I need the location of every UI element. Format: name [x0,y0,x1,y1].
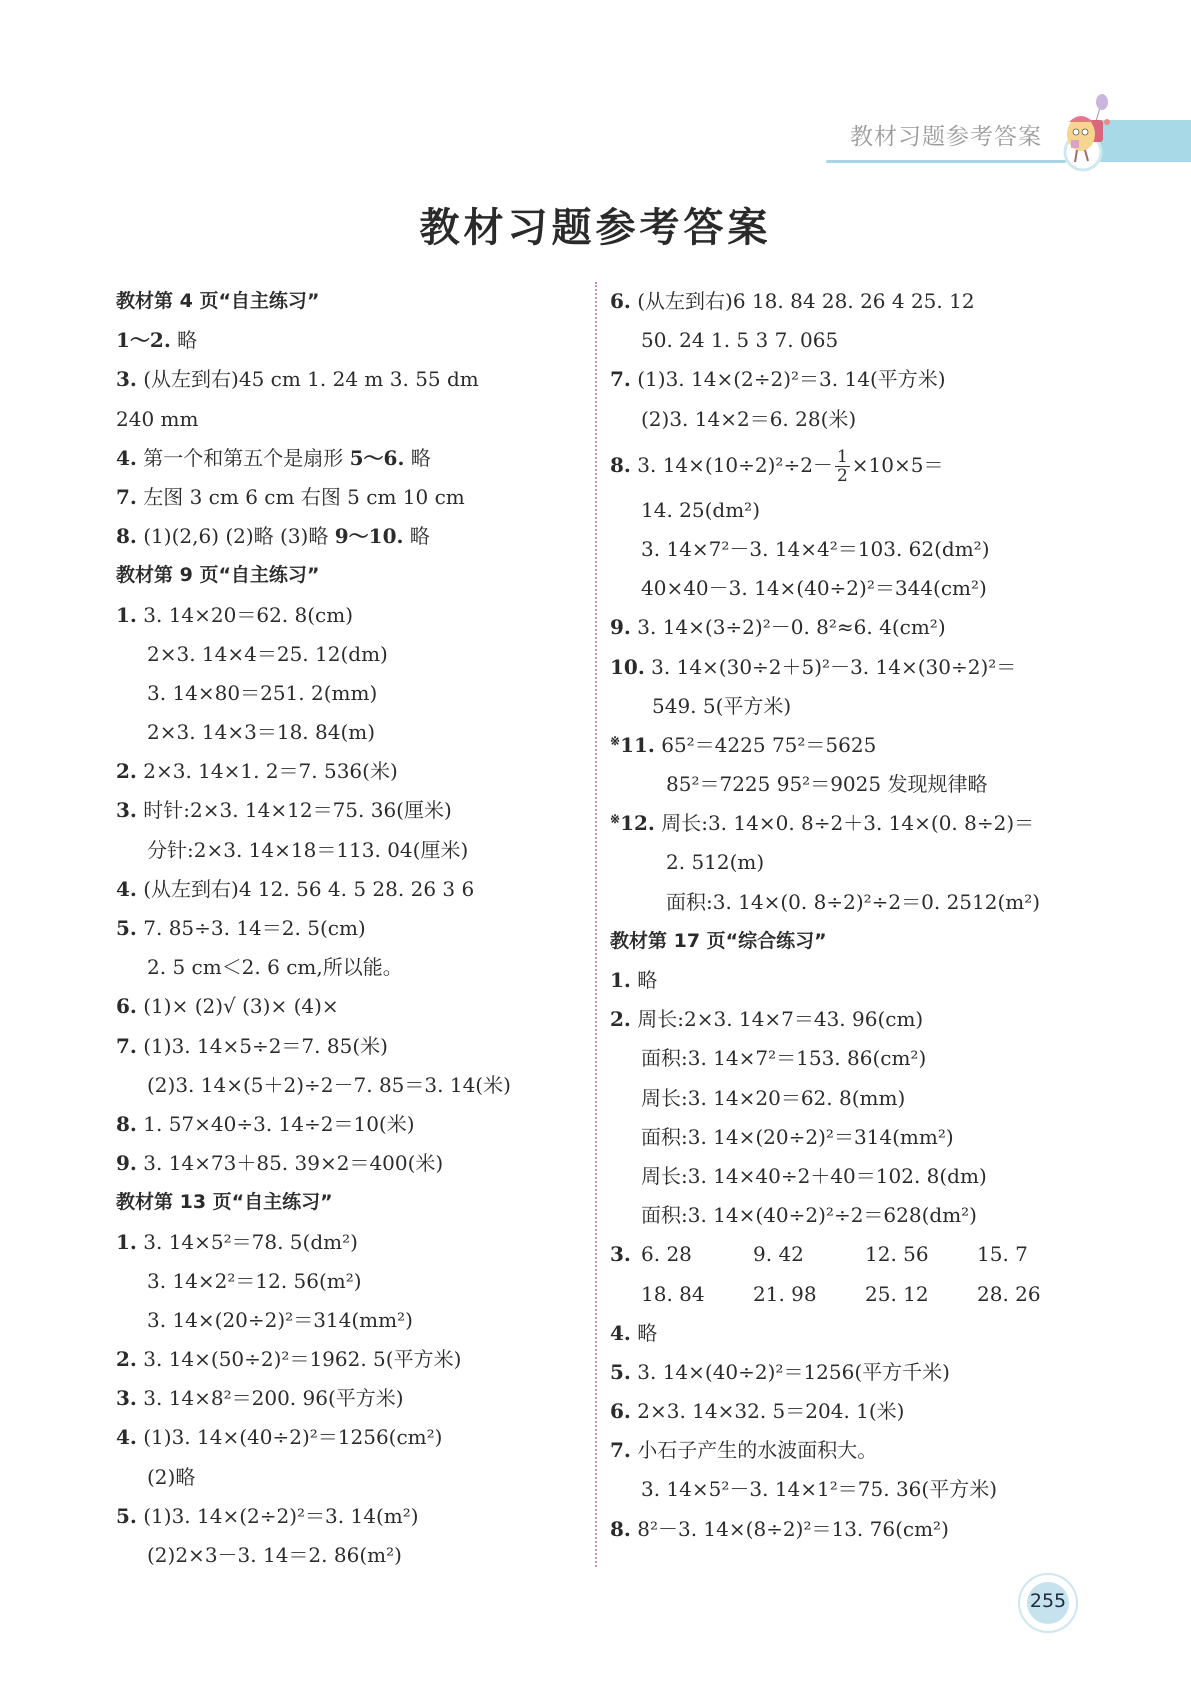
item-number: 5. [116,1497,137,1536]
answer-text: (1)(2,6) (2)略 (3)略 [137,524,335,548]
answer-line: 7. 左图 3 cm 6 cm 右图 5 cm 10 cm [116,478,586,517]
section-heading: 教材第 9 页“自主练习” [116,556,586,595]
answer-line: 6. (从左到右)6 18. 84 28. 26 4 25. 12 [610,282,1090,321]
answer-line: 549. 5(平方米) [610,687,1090,726]
answer-text: 2. 5 cm＜2. 6 cm,所以能。 [147,955,403,979]
answer-line: 2. 512(m) [610,843,1090,882]
page-number: 255 [1018,1590,1078,1612]
answer-line: 240 mm [116,400,586,439]
item-number: 9～10. [335,517,404,556]
answer-text: 2×3. 14×3＝18. 84(m) [147,720,375,744]
answer-line: 1. 略 [610,961,1090,1000]
item-number: 4. [116,439,137,478]
answer-line: 面积:3. 14×7²＝153. 86(cm²) [610,1039,1090,1078]
fraction: 12 [835,448,850,485]
item-number: 7. [116,1027,137,1066]
answer-line: 8. (1)(2,6) (2)略 (3)略 9～10. 略 [116,517,586,556]
answer-line: 3. 时针:2×3. 14×12＝75. 36(厘米) [116,791,586,830]
answer-line: 9. 3. 14×73＋85. 39×2＝400(米) [116,1144,586,1183]
answer-text: 7. 85÷3. 14＝2. 5(cm) [137,916,366,940]
item-number: 9. [116,1144,137,1183]
answer-line: 8. 1. 57×40÷3. 14÷2＝10(米) [116,1105,586,1144]
answer-line: 7. 小石子产生的水波面积大。 [610,1431,1090,1470]
answer-line: 3. 14×80＝251. 2(mm) [116,674,586,713]
item-number: 4. [116,1418,137,1457]
item-number: 8. [116,517,137,556]
answer-line: 9. 3. 14×(3÷2)²－0. 8²≈6. 4(cm²) [610,608,1090,647]
answer-line: ※12. 周长:3. 14×0. 8÷2＋3. 14×(0. 8÷2)＝ [610,804,1090,843]
answer-line: (2)2×3－3. 14＝2. 86(m²) [116,1536,586,1575]
item-number: 4. [116,870,137,909]
answer-line-values: 3.6. 289. 4212. 5615. 7 [610,1235,1090,1274]
section-heading: 教材第 4 页“自主练习” [116,282,586,321]
answer-line: 4. 略 [610,1314,1090,1353]
answer-text: 分针:2×3. 14×18＝113. 04(厘米) [147,838,468,862]
answer-line: 2. 2×3. 14×1. 2＝7. 536(米) [116,752,586,791]
answer-text: 3. 14×2²＝12. 56(m²) [147,1269,362,1293]
answer-line: 周长:3. 14×40÷2＋40＝102. 8(dm) [610,1157,1090,1196]
answer-line: 8. 8²－3. 14×(8÷2)²＝13. 76(cm²) [610,1510,1090,1549]
answer-text: 240 mm [116,407,198,431]
answer-text: 3. 14×8²＝200. 96(平方米) [137,1386,404,1410]
answer-line: 10. 3. 14×(30÷2＋5)²－3. 14×(30÷2)²＝ [610,648,1090,687]
answer-text: (1)3. 14×(40÷2)²＝1256(cm²) [137,1425,443,1449]
running-header: 教材习题参考答案 [0,0,1191,200]
answer-line: 2. 5 cm＜2. 6 cm,所以能。 [116,948,586,987]
answer-text: 左图 3 cm 6 cm 右图 5 cm 10 cm [137,485,465,509]
answer-text: 2×3. 14×4＝25. 12(dm) [147,642,388,666]
item-number: 2. [116,752,137,791]
item-number: 1～2. [116,321,171,360]
item-number: 1. [116,1223,137,1262]
right-column: 6. (从左到右)6 18. 84 28. 26 4 25. 12 50. 24… [610,282,1090,1549]
item-number: 3. [116,791,137,830]
answer-text: 略 [171,328,197,352]
answer-text: 略 [404,446,430,470]
answer-line: (2)3. 14×(5＋2)÷2－7. 85＝3. 14(米) [116,1066,586,1105]
answer-line: 周长:3. 14×20＝62. 8(mm) [610,1079,1090,1118]
item-number: 8. [116,1105,137,1144]
answer-line: 2×3. 14×4＝25. 12(dm) [116,635,586,674]
mascot-icon [1055,92,1115,172]
answer-text: 略 [403,524,429,548]
answer-line: 2×3. 14×3＝18. 84(m) [116,713,586,752]
answer-text: (1)× (2)√ (3)× (4)× [137,994,339,1018]
answer-line: 3. 14×7²－3. 14×4²＝103. 62(dm²) [610,530,1090,569]
item-number: 3. [116,360,137,399]
answer-line: 4. 第一个和第五个是扇形 5～6. 略 [116,439,586,478]
answer-text: (2)3. 14×(5＋2)÷2－7. 85＝3. 14(米) [147,1073,511,1097]
answer-text: 3. 14×73＋85. 39×2＝400(米) [137,1151,443,1175]
answer-text: 3. 14×20＝62. 8(cm) [137,603,353,627]
answer-line: 5. 7. 85÷3. 14＝2. 5(cm) [116,909,586,948]
item-number: 2. [116,1340,137,1379]
answer-line: 50. 24 1. 5 3 7. 065 [610,321,1090,360]
answer-line: 3. 14×5²－3. 14×1²＝75. 36(平方米) [610,1470,1090,1509]
answer-line-fraction: 8. 3. 14×(10÷2)²÷2－12×10×5＝ [610,439,1090,491]
answer-text: 3. 14×80＝251. 2(mm) [147,681,377,705]
answer-line: 7. (1)3. 14×(2÷2)²＝3. 14(平方米) [610,360,1090,399]
answer-text: 3. 14×(20÷2)²＝314(mm²) [147,1308,413,1332]
answer-line: 1. 3. 14×5²＝78. 5(dm²) [116,1223,586,1262]
page-number-badge: 255 [1018,1573,1078,1633]
item-number: 3. [116,1379,137,1418]
answer-text: (从左到右)4 12. 56 4. 5 28. 26 3 6 [137,877,474,901]
answer-line: 7. (1)3. 14×5÷2＝7. 85(米) [116,1027,586,1066]
section-heading: 教材第 13 页“自主练习” [116,1183,586,1222]
answer-line: 85²＝7225 95²＝9025 发现规律略 [610,765,1090,804]
item-number: 1. [116,596,137,635]
item-number: 5. [116,909,137,948]
running-title: 教材习题参考答案 [850,118,1042,151]
answer-text: 2×3. 14×1. 2＝7. 536(米) [137,759,398,783]
item-number: 5～6. [350,439,405,478]
answer-line: 40×40－3. 14×(40÷2)²＝344(cm²) [610,569,1090,608]
section-heading: 教材第 17 页“综合练习” [610,922,1090,961]
answer-line: (2)略 [116,1458,586,1497]
answer-text: 3. 14×5²＝78. 5(dm²) [137,1230,358,1254]
left-column: 教材第 4 页“自主练习”1～2. 略3. (从左到右)45 cm 1. 24 … [116,282,586,1575]
answer-text: 时针:2×3. 14×12＝75. 36(厘米) [137,798,452,822]
header-underline [826,160,1066,163]
answer-text: 3. 14×(50÷2)²＝1962. 5(平方米) [137,1347,462,1371]
answer-line: 面积:3. 14×(20÷2)²＝314(mm²) [610,1118,1090,1157]
answer-line: 3. 14×2²＝12. 56(m²) [116,1262,586,1301]
item-number: 7. [116,478,137,517]
answer-line: 面积:3. 14×(40÷2)²÷2＝628(dm²) [610,1196,1090,1235]
answer-line: (2)3. 14×2＝6. 28(米) [610,400,1090,439]
answer-line: 3. 3. 14×8²＝200. 96(平方米) [116,1379,586,1418]
answer-line: 面积:3. 14×(0. 8÷2)²÷2＝0. 2512(m²) [610,883,1090,922]
answer-line: 14. 25(dm²) [610,491,1090,530]
column-divider [595,282,597,1567]
answer-line: 4. (从左到右)4 12. 56 4. 5 28. 26 3 6 [116,870,586,909]
answer-line: ※11. 65²＝4225 75²＝5625 [610,726,1090,765]
answer-text: (1)3. 14×5÷2＝7. 85(米) [137,1034,388,1058]
answer-line: 4. (1)3. 14×(40÷2)²＝1256(cm²) [116,1418,586,1457]
answer-line: 6. (1)× (2)√ (3)× (4)× [116,987,586,1026]
answer-line: 6. 2×3. 14×32. 5＝204. 1(米) [610,1392,1090,1431]
answer-line-values: 18. 8421. 9825. 1228. 26 [610,1275,1090,1314]
answer-line: 分针:2×3. 14×18＝113. 04(厘米) [116,831,586,870]
answer-line: 1. 3. 14×20＝62. 8(cm) [116,596,586,635]
answer-line: 1～2. 略 [116,321,586,360]
answer-text: (2)略 [147,1465,195,1489]
answer-line: 2. 3. 14×(50÷2)²＝1962. 5(平方米) [116,1340,586,1379]
item-number: 6. [116,987,137,1026]
answer-text: (1)3. 14×(2÷2)²＝3. 14(m²) [137,1504,419,1528]
answer-line: 3. 14×(20÷2)²＝314(mm²) [116,1301,586,1340]
answer-text: (从左到右)45 cm 1. 24 m 3. 55 dm [137,367,479,391]
answer-line: 5. 3. 14×(40÷2)²＝1256(平方千米) [610,1353,1090,1392]
answer-line: 2. 周长:2×3. 14×7＝43. 96(cm) [610,1000,1090,1039]
answer-text: (2)2×3－3. 14＝2. 86(m²) [147,1543,402,1567]
page-title: 教材习题参考答案 [0,196,1191,253]
answer-line: 3. (从左到右)45 cm 1. 24 m 3. 55 dm [116,360,586,399]
answer-line: 5. (1)3. 14×(2÷2)²＝3. 14(m²) [116,1497,586,1536]
answer-text: 第一个和第五个是扇形 [137,446,350,470]
answer-text: 1. 57×40÷3. 14÷2＝10(米) [137,1112,415,1136]
